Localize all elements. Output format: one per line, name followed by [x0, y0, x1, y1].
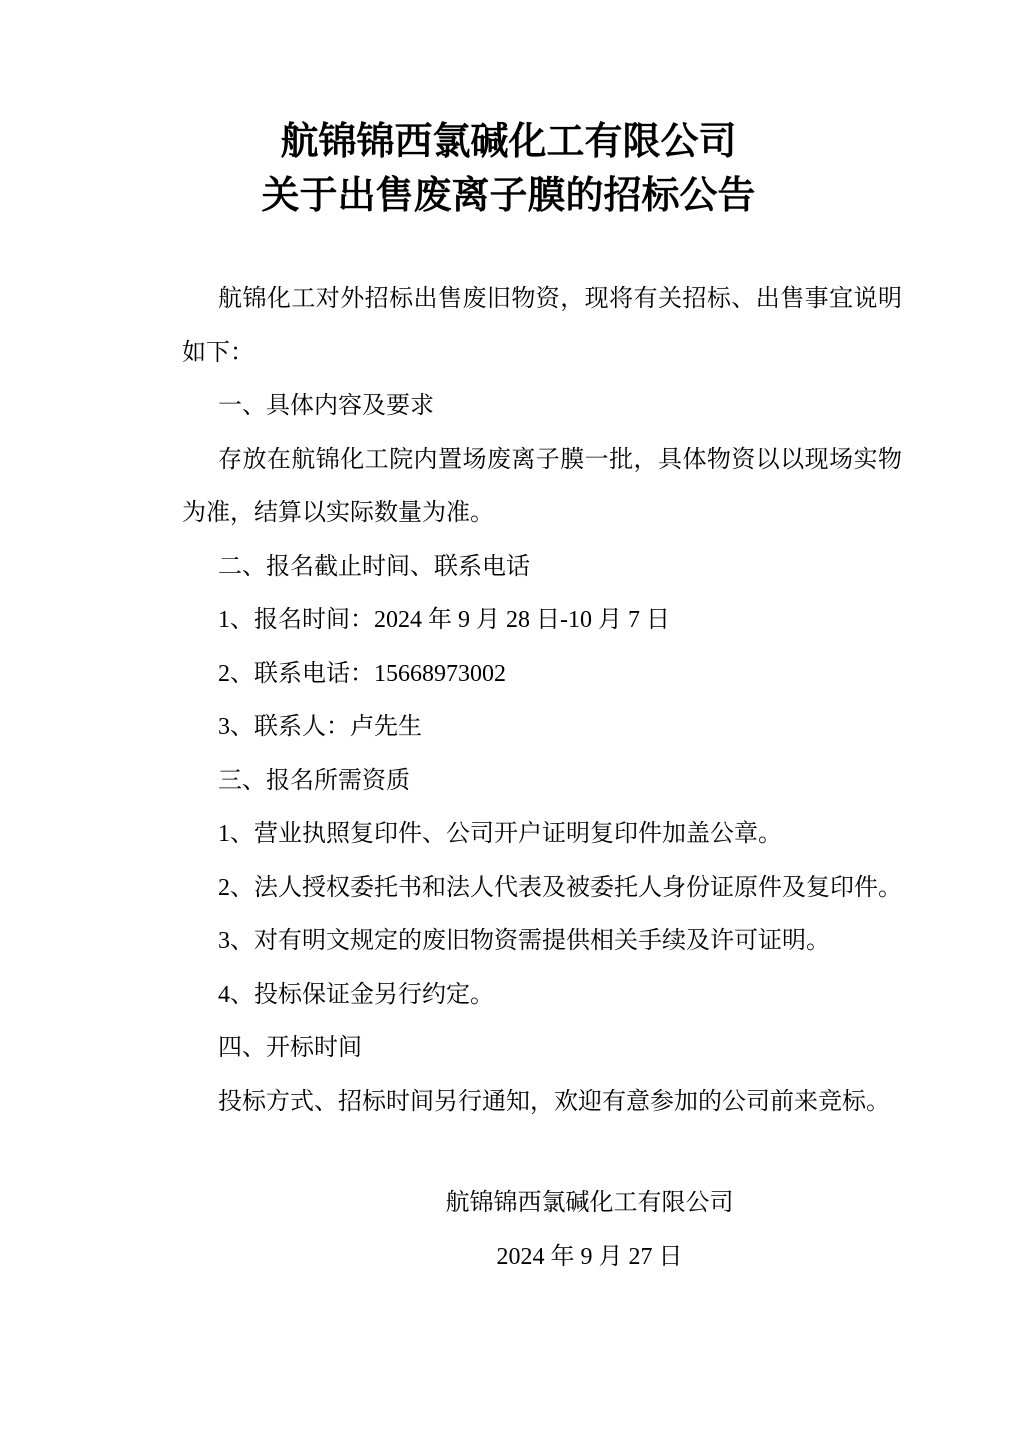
- paragraph: 存放在航锦化工院内置场废离子膜一批，具体物资以以现场实物为准，结算以实际数量为准…: [182, 434, 902, 541]
- signature-date: 2024 年 9 月 27 日: [81, 1231, 1017, 1285]
- title-line-1: 航锦锦西氯碱化工有限公司: [0, 115, 1017, 169]
- document-page: 航锦锦西氯碱化工有限公司 关于出售废离子膜的招标公告 航锦化工对外招标出售废旧物…: [0, 0, 1017, 1438]
- paragraph: 3、对有明文规定的废旧物资需提供相关手续及许可证明。: [182, 915, 902, 969]
- signature-company: 航锦锦西氯碱化工有限公司: [81, 1177, 1017, 1231]
- title-line-2: 关于出售废离子膜的招标公告: [0, 169, 1017, 223]
- paragraph: 4、投标保证金另行约定。: [182, 969, 902, 1023]
- document-title: 航锦锦西氯碱化工有限公司 关于出售废离子膜的招标公告: [0, 0, 1017, 223]
- paragraph: 一、具体内容及要求: [182, 380, 902, 434]
- paragraph: 二、报名截止时间、联系电话: [182, 541, 902, 595]
- paragraph: 1、报名时间：2024 年 9 月 28 日-10 月 7 日: [182, 594, 902, 648]
- document-body: 航锦化工对外招标出售废旧物资，现将有关招标、出售事宜说明如下：一、具体内容及要求…: [182, 273, 902, 1129]
- paragraph: 2、法人授权委托书和法人代表及被委托人身份证原件及复印件。: [182, 862, 902, 916]
- signature-block: 航锦锦西氯碱化工有限公司 2024 年 9 月 27 日: [81, 1177, 1017, 1284]
- paragraph: 四、开标时间: [182, 1022, 902, 1076]
- paragraph: 三、报名所需资质: [182, 755, 902, 809]
- paragraph: 2、联系电话：15668973002: [182, 648, 902, 702]
- paragraph: 航锦化工对外招标出售废旧物资，现将有关招标、出售事宜说明如下：: [182, 273, 902, 380]
- paragraph: 投标方式、招标时间另行通知，欢迎有意参加的公司前来竞标。: [182, 1076, 902, 1130]
- paragraph: 1、营业执照复印件、公司开户证明复印件加盖公章。: [182, 808, 902, 862]
- paragraph: 3、联系人：卢先生: [182, 701, 902, 755]
